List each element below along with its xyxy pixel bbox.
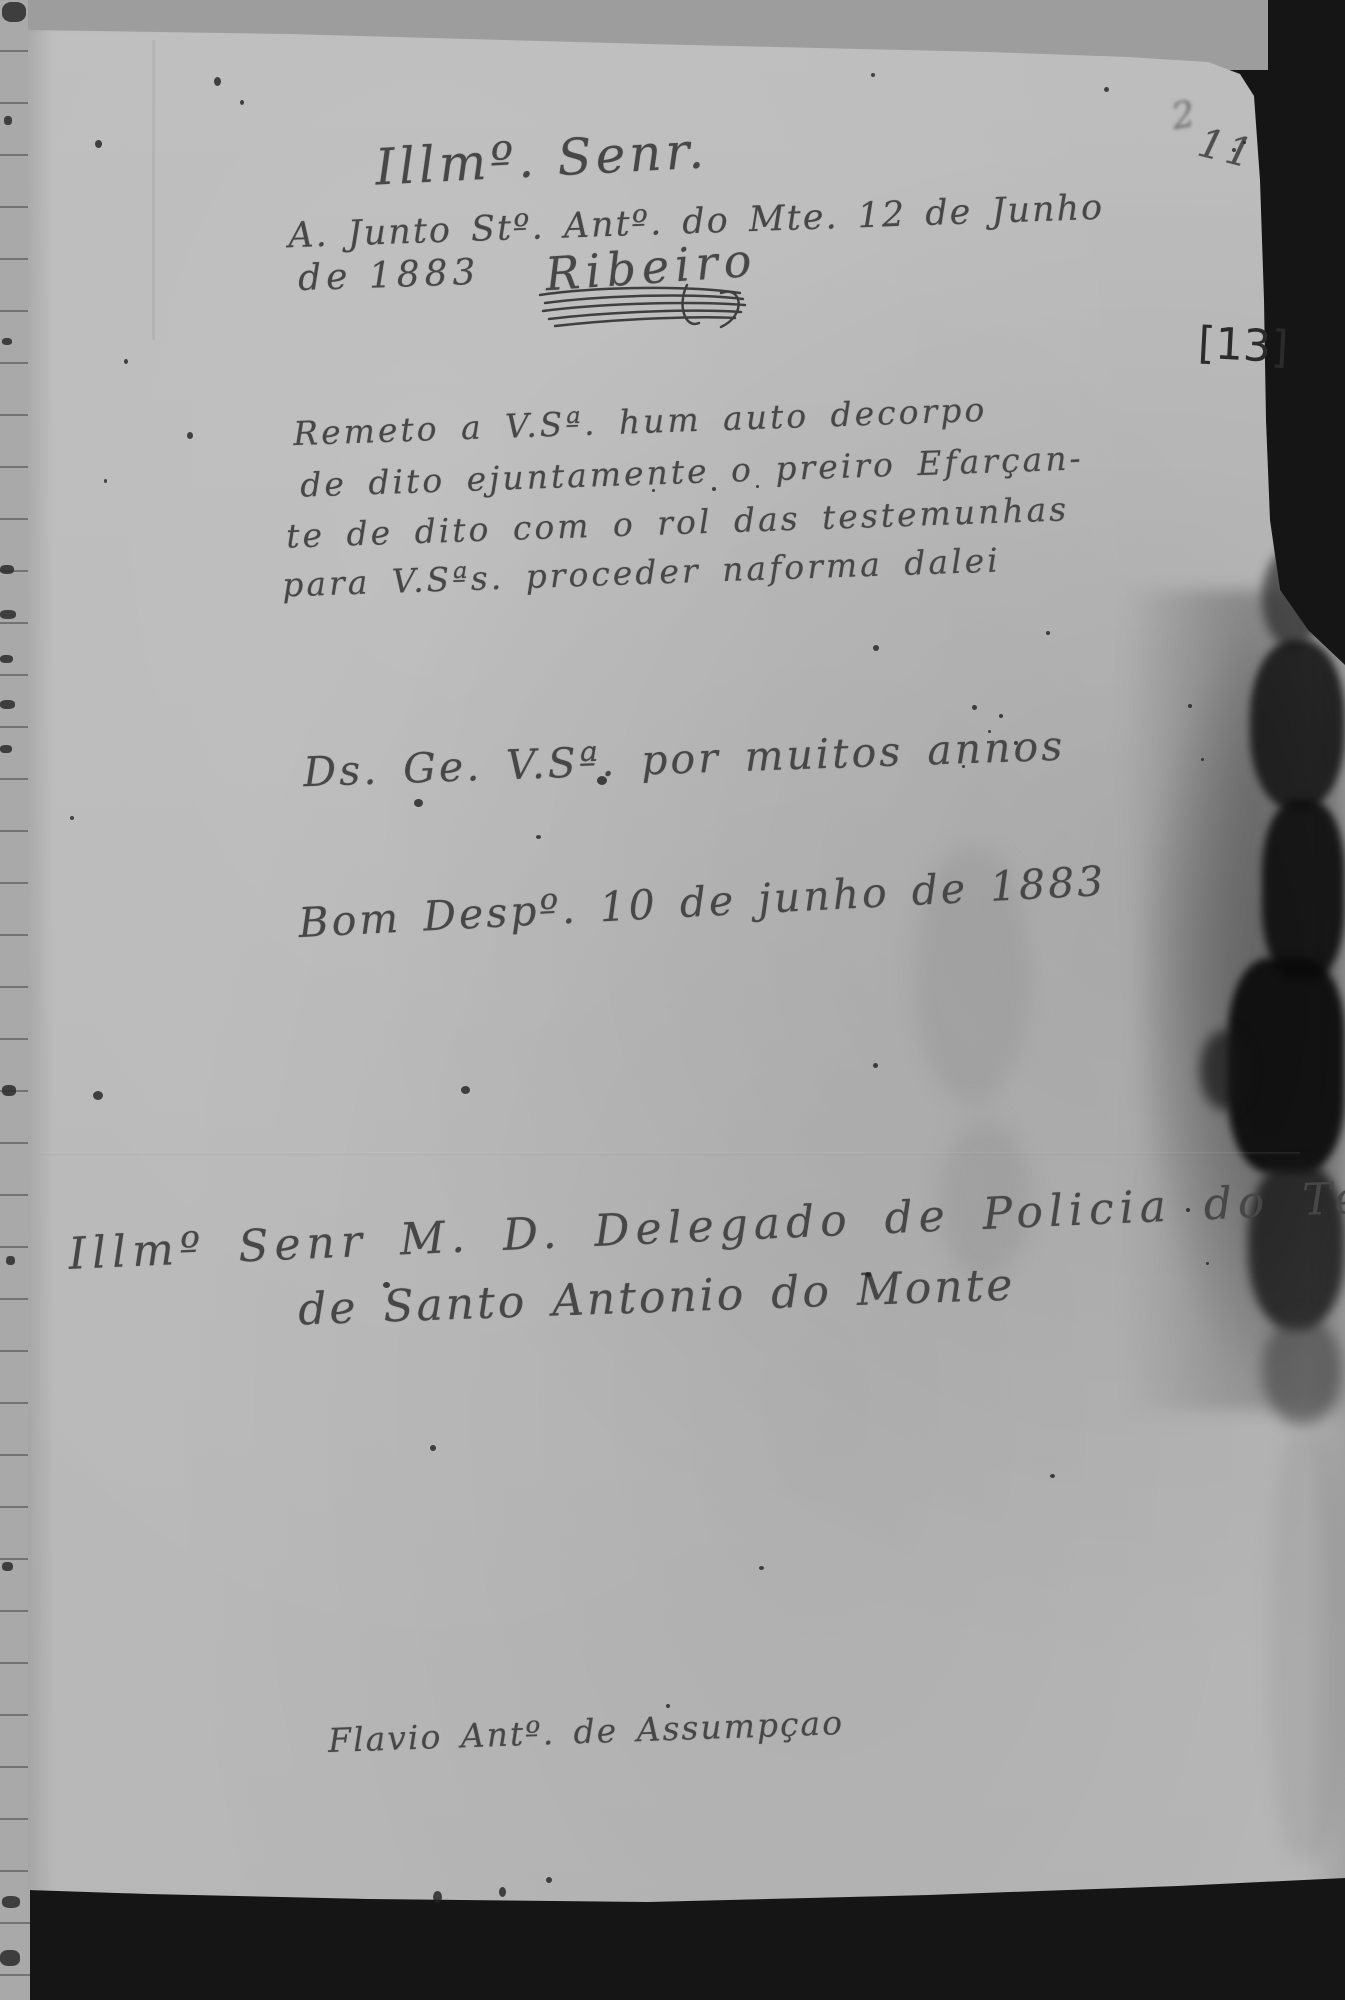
binding-strip-mark: [2, 1896, 20, 1908]
ink-stain: [1262, 548, 1322, 648]
binding-strip-mark: [0, 745, 12, 753]
ink-speck: [430, 1445, 436, 1451]
manuscript-scan: 11 2 [13] Illmº. Senr. A. Junto Stº. Ant…: [0, 0, 1345, 2000]
ink-speck: [1232, 148, 1236, 152]
ink-speck: [461, 1086, 470, 1094]
ink-speck: [546, 1877, 552, 1883]
ink-speck: [873, 1063, 878, 1068]
binding-strip-mark: [6, 1256, 15, 1265]
ink-speck: [1243, 141, 1246, 144]
ink-speck: [104, 479, 107, 483]
binding-edge-ruled-strip: [0, 0, 30, 2000]
ink-speck: [873, 645, 879, 651]
ink-speck: [871, 73, 875, 77]
ink-stain: [1228, 958, 1345, 1173]
ink-stain: [1262, 800, 1345, 980]
ink-speck: [536, 835, 541, 839]
ink-speck: [756, 485, 759, 488]
ink-speck: [712, 487, 716, 491]
ink-stain: [1262, 1315, 1342, 1425]
ink-speck: [1014, 741, 1018, 745]
paper-fold-line: [40, 1152, 1300, 1155]
ink-speck: [988, 730, 991, 733]
ink-speck: [652, 489, 655, 492]
ink-speck: [1201, 758, 1204, 761]
ink-speck: [383, 1282, 390, 1288]
ink-speck: [1046, 631, 1050, 635]
ink-stain: [1250, 640, 1345, 810]
ink-stain: [1200, 1030, 1250, 1110]
ink-speck: [1186, 1208, 1190, 1212]
ink-speck: [433, 1891, 442, 1903]
ink-speck: [95, 140, 102, 148]
binding-strip-mark: [2, 1085, 16, 1096]
binding-strip-mark: [4, 116, 12, 125]
binding-strip-mark: [2, 338, 12, 345]
ink-speck: [414, 799, 423, 807]
dateline-line2: de 1883: [297, 252, 481, 299]
ink-speck: [93, 1091, 103, 1100]
binding-strip-mark: [0, 655, 13, 663]
binding-strip-mark: [2, 1562, 13, 1571]
signature-flourish: [535, 283, 750, 331]
binding-strip-mark: [0, 565, 14, 574]
binding-strip-mark: [0, 1950, 20, 1966]
ink-speck: [214, 77, 221, 86]
ink-speck: [1050, 1474, 1055, 1478]
ink-speck: [962, 765, 965, 768]
ink-speck: [865, 1272, 871, 1277]
ink-speck: [1206, 1262, 1209, 1265]
ink-speck: [597, 776, 607, 785]
ink-speck: [240, 100, 244, 105]
binding-strip-mark: [0, 700, 15, 709]
ink-speck: [1188, 704, 1192, 708]
ink-stain: [1120, 590, 1345, 1410]
ink-speck: [499, 1887, 506, 1897]
binding-strip-mark: [0, 610, 16, 619]
binding-strip-mark: [2, 2, 26, 22]
ink-speck: [187, 432, 193, 439]
ink-speck: [999, 714, 1003, 718]
paper-crease: [152, 40, 155, 340]
ink-speck: [972, 705, 977, 710]
ink-speck: [1104, 87, 1109, 92]
archival-bracket-mark: [13]: [1197, 318, 1290, 374]
ink-speck: [759, 1566, 764, 1570]
ink-speck: [124, 359, 128, 364]
water-stain: [1270, 1430, 1345, 1860]
ink-speck: [70, 816, 74, 820]
ink-speck: [666, 1704, 670, 1708]
